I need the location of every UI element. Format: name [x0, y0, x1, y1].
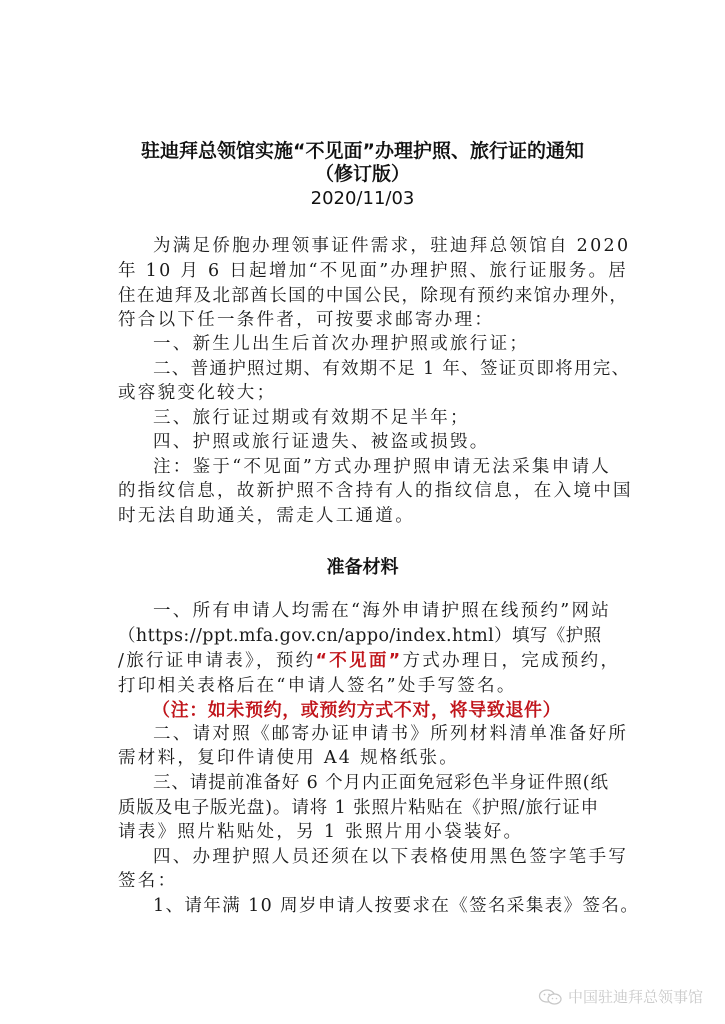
note-line: 注：鉴于“不见面”方式办理护照申请无法采集申请人 — [118, 456, 673, 479]
condition-item: 四、护照或旅行证遗失、被盗或损毁。 — [118, 431, 673, 454]
material-line: 三、请提前准备好 6 个月内正面免冠彩色半身证件照(纸 — [118, 772, 673, 795]
wechat-icon — [538, 988, 564, 1006]
material-line: 打印相关表格后在“申请人签名”处手写签名。 — [118, 675, 638, 698]
watermark: 中国驻迪拜总领事馆 — [538, 986, 703, 1007]
material-line: 四、办理护照人员还须在以下表格使用黑色签字笔手写 — [118, 846, 673, 869]
material-text: 方式办理日，完成预约， — [402, 651, 620, 671]
material-text: /旅行证申请表》，预约 — [118, 651, 315, 671]
material-line: 1、请年满 10 周岁申请人按要求在《签名采集表》签名。 — [118, 895, 673, 918]
material-line: （https://ppt.mfa.gov.cn/appo/index.html）… — [118, 625, 638, 648]
condition-item: 二、普通护照过期、有效期不足 1 年、签证页即将用完、 — [118, 358, 673, 381]
material-line: 需材料，复印件请使用 A4 规格纸张。 — [118, 747, 638, 770]
material-line: 一、所有申请人均需在“海外申请护照在线预约”网站 — [118, 600, 673, 623]
condition-item: 一、新生儿出生后首次办理护照或旅行证； — [118, 333, 673, 356]
warning-note: （注：如未预约，或预约方式不对，将导致退件） — [118, 699, 672, 722]
section-title: 准备材料 — [0, 553, 725, 579]
note-line: 的指纹信息，故新护照不含持有人的指纹信息，在入境中国 — [118, 480, 638, 503]
material-line: 质版及电子版光盘)。请将 1 张照片粘贴在《护照/旅行证申 — [118, 797, 638, 820]
intro-line: 为满足侨胞办理领事证件需求，驻迪拜总领馆自 2020 — [118, 235, 673, 258]
note-line: 时无法自助通关，需走人工通道。 — [118, 505, 638, 528]
page-title: 驻迪拜总领馆实施“不见面”办理护照、旅行证的通知 — [0, 140, 725, 163]
intro-line: 年 10 月 6 日起增加“不见面”办理护照、旅行证服务。居 — [118, 260, 638, 283]
condition-item: 或容貌变化较大； — [118, 382, 638, 405]
material-line: /旅行证申请表》，预约“不见面”方式办理日，完成预约， — [118, 650, 638, 673]
intro-line: 符合以下任一条件者，可按要求邮寄办理： — [118, 309, 638, 332]
page-date: 2020/11/03 — [0, 187, 725, 210]
intro-line: 住在迪拜及北部酋长国的中国公民，除现有预约来馆办理外， — [118, 285, 638, 308]
condition-item: 三、旅行证过期或有效期不足半年； — [118, 407, 673, 430]
material-line: 二、请对照《邮寄办证申请书》所列材料清单准备好所 — [118, 723, 673, 746]
page-subtitle: （修订版） — [0, 163, 725, 186]
material-line: 签名： — [118, 870, 638, 893]
material-line: 请表》照片粘贴处，另 1 张照片用小袋装好。 — [118, 821, 638, 844]
highlight-no-meeting: “不见面” — [315, 651, 402, 671]
watermark-text: 中国驻迪拜总领事馆 — [568, 986, 703, 1007]
